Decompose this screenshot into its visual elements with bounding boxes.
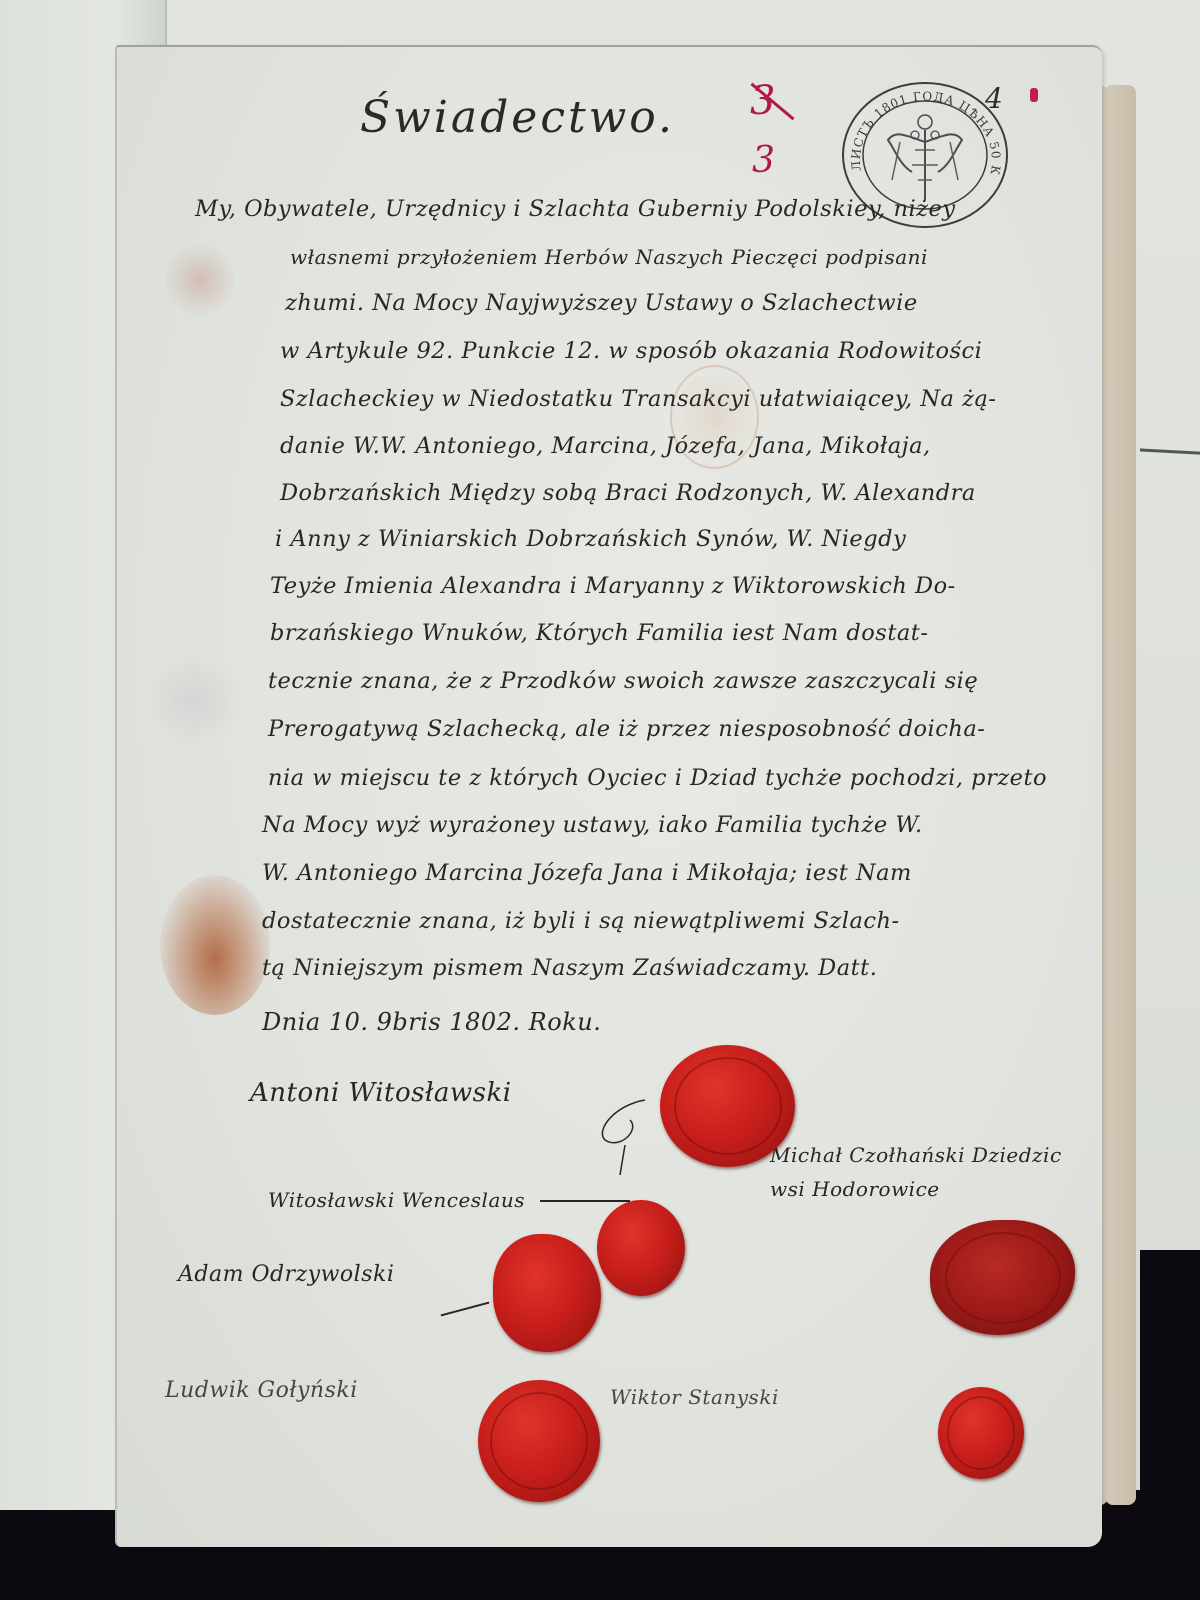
- body-line: i Anny z Winiarskich Dobrzańskich Synów,…: [275, 526, 906, 552]
- folio-red-dot: [1030, 88, 1038, 102]
- signature-flourish-icon: [585, 1090, 665, 1180]
- body-line: My, Obywatele, Urzędnicy i Szlachta Gube…: [195, 196, 956, 222]
- body-line: W. Antoniego Marcina Józefa Jana i Mikoł…: [262, 860, 912, 886]
- document-title: Świadectwo.: [360, 92, 675, 143]
- body-line: Szlacheckiey w Niedostatku Transakcyi uł…: [280, 386, 997, 412]
- wax-seal: [597, 1200, 685, 1296]
- photo-scene: Świadectwo. 3 3 4 ЛИСТЪ 1801 ГОДА ЦѢНА 5…: [0, 0, 1200, 1600]
- body-line: tą Niniejszym pismem Naszym Zaświadczamy…: [262, 955, 877, 981]
- wax-seal: [478, 1380, 600, 1502]
- body-line: Dobrzańskich Między sobą Braci Rodzonych…: [280, 480, 976, 506]
- body-line: Prerogatywą Szlachecką, ale iż przez nie…: [268, 716, 985, 742]
- body-line: brzańskiego Wnuków, Których Familia iest…: [270, 620, 928, 646]
- signature-wiktor-stanyski: Wiktor Stanyski: [610, 1385, 779, 1409]
- wax-seal: [938, 1387, 1024, 1479]
- rust-stain: [165, 240, 235, 320]
- body-line: danie W.W. Antoniego, Marcina, Józefa, J…: [280, 433, 931, 459]
- signature-ludwik-golynski: Ludwik Gołyński: [165, 1378, 358, 1403]
- body-line: w Artykule 92. Punkcie 12. w sposób okaz…: [280, 338, 982, 364]
- wax-seal: [660, 1045, 795, 1167]
- wax-seal: [493, 1234, 601, 1352]
- underlying-page-edge: [1105, 85, 1136, 1505]
- signature-witoslawski: Witosławski Wenceslaus: [268, 1188, 525, 1212]
- document-date-line: Dnia 10. 9bris 1802. Roku.: [262, 1008, 601, 1036]
- body-line: zhumi. Na Mocy Nayjwyższey Ustawy o Szla…: [285, 290, 918, 316]
- red-pencil-mark: 3: [752, 140, 775, 181]
- rust-stain: [160, 875, 270, 1015]
- body-line: tecznie znana, że z Przodków swoich zaws…: [268, 668, 978, 694]
- signature-adam-odrzywolski: Adam Odrzywolski: [178, 1262, 394, 1287]
- signature-michal: Michał Czołhański Dziedzic wsi Hodorowic…: [770, 1138, 1070, 1206]
- body-line: Na Mocy wyż wyrażoney ustawy, iako Famil…: [262, 812, 923, 838]
- body-line: dostatecznie znana, iż byli i są niewątp…: [262, 908, 900, 934]
- wall-crack: [1140, 448, 1200, 454]
- dark-background-right: [1140, 1250, 1200, 1600]
- signature-rule: [540, 1200, 630, 1202]
- body-line: własnemi przyłożeniem Herbów Naszych Pie…: [290, 245, 928, 269]
- body-line: nia w miejscu te z których Oyciec i Dzia…: [268, 765, 1047, 791]
- signature-antoni-witoslawski: Antoni Witosławski: [250, 1078, 512, 1108]
- body-line: Teyże Imienia Alexandra i Maryanny z Wik…: [270, 573, 956, 599]
- faint-stain: [150, 650, 240, 750]
